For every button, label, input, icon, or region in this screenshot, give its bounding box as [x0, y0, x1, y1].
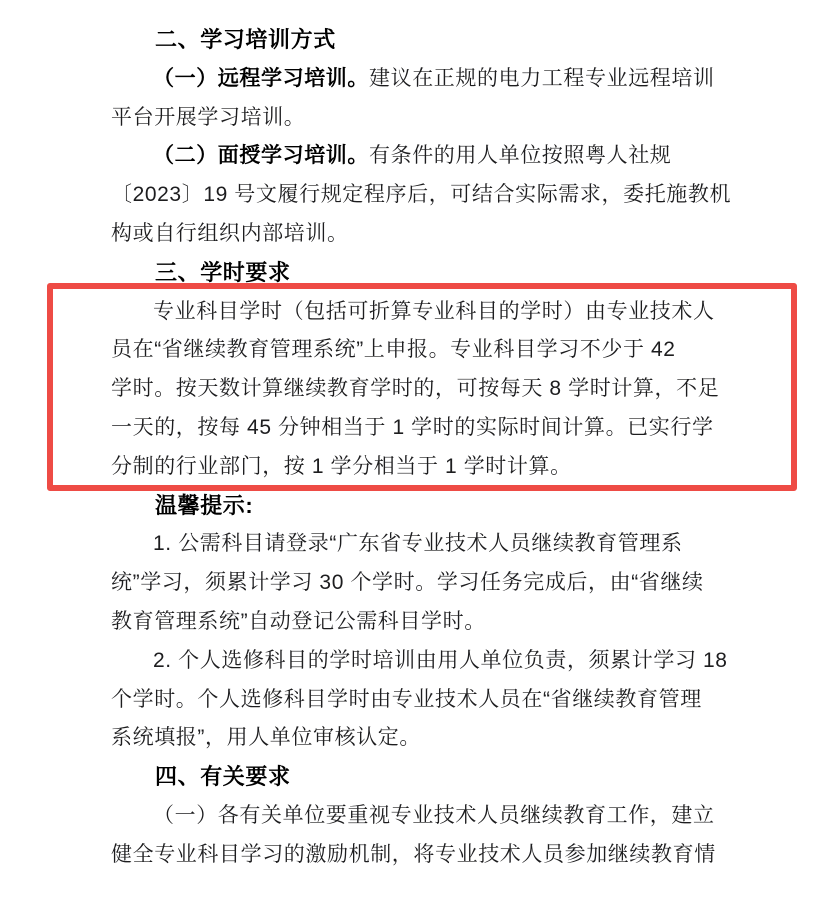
para-remote-training-rest: 建议在正规的电力工程专业远程培训 — [369, 67, 715, 90]
para-face-training-line-1: （二）面授学习培训。有条件的用人单位按照粤人社规 — [111, 137, 721, 176]
para-hours-line-2: 员在“省继续教育管理系统”上申报。专业科目学习不少于 42 — [111, 331, 721, 370]
tip2-line-1: 2. 个人选修科目的学时培训由用人单位负责，须累计学习 18 — [111, 642, 721, 681]
section-heading-requirements: 四、有关要求 — [111, 758, 721, 797]
tip1-line-2: 统”学习，须累计学习 30 个学时。学习任务完成后，由“省继续 — [111, 564, 721, 603]
tips-heading: 温馨提示: — [111, 487, 721, 526]
tip1-line-3: 教育管理系统”自动登记公需科目学时。 — [111, 603, 721, 642]
para-hours-line-5: 分制的行业部门，按 1 学分相当于 1 学时计算。 — [111, 448, 721, 487]
tip2-line-2: 个学时。个人选修科目学时由专业技术人员在“省继续教育管理 — [111, 681, 721, 720]
document-body: 二、学习培训方式 （一）远程学习培训。建议在正规的电力工程专业远程培训 平台开展… — [111, 0, 721, 875]
section-heading-training-methods: 二、学习培训方式 — [111, 21, 721, 60]
para-remote-training-lead: （一）远程学习培训。 — [153, 67, 369, 90]
para-requirements-line-2: 健全专业科目学习的激励机制，将专业技术人员参加继续教育情 — [111, 836, 721, 875]
para-face-training-line-2: 〔2023〕19 号文履行规定程序后，可结合实际需求，委托施教机 — [111, 176, 721, 215]
para-face-training-line-3: 构或自行组织内部培训。 — [111, 215, 721, 254]
para-remote-training-line-2: 平台开展学习培训。 — [111, 99, 721, 138]
para-remote-training-line-1: （一）远程学习培训。建议在正规的电力工程专业远程培训 — [111, 60, 721, 99]
para-hours-line-3: 学时。按天数计算继续教育学时的，可按每天 8 学时计算，不足 — [111, 370, 721, 409]
tip1-line-1: 1. 公需科目请登录“广东省专业技术人员继续教育管理系 — [111, 525, 721, 564]
para-face-training-lead: （二）面授学习培训。 — [153, 144, 369, 167]
document-page: 二、学习培训方式 （一）远程学习培训。建议在正规的电力工程专业远程培训 平台开展… — [0, 0, 827, 912]
para-hours-line-1: 专业科目学时（包括可折算专业科目的学时）由专业技术人 — [111, 293, 721, 332]
para-hours-line-4: 一天的，按每 45 分钟相当于 1 学时的实际时间计算。已实行学 — [111, 409, 721, 448]
para-requirements-line-1: （一）各有关单位要重视专业技术人员继续教育工作，建立 — [111, 797, 721, 836]
para-face-training-rest: 有条件的用人单位按照粤人社规 — [369, 144, 671, 167]
tip2-line-3: 系统填报”，用人单位审核认定。 — [111, 719, 721, 758]
section-heading-hour-requirements: 三、学时要求 — [111, 254, 721, 293]
